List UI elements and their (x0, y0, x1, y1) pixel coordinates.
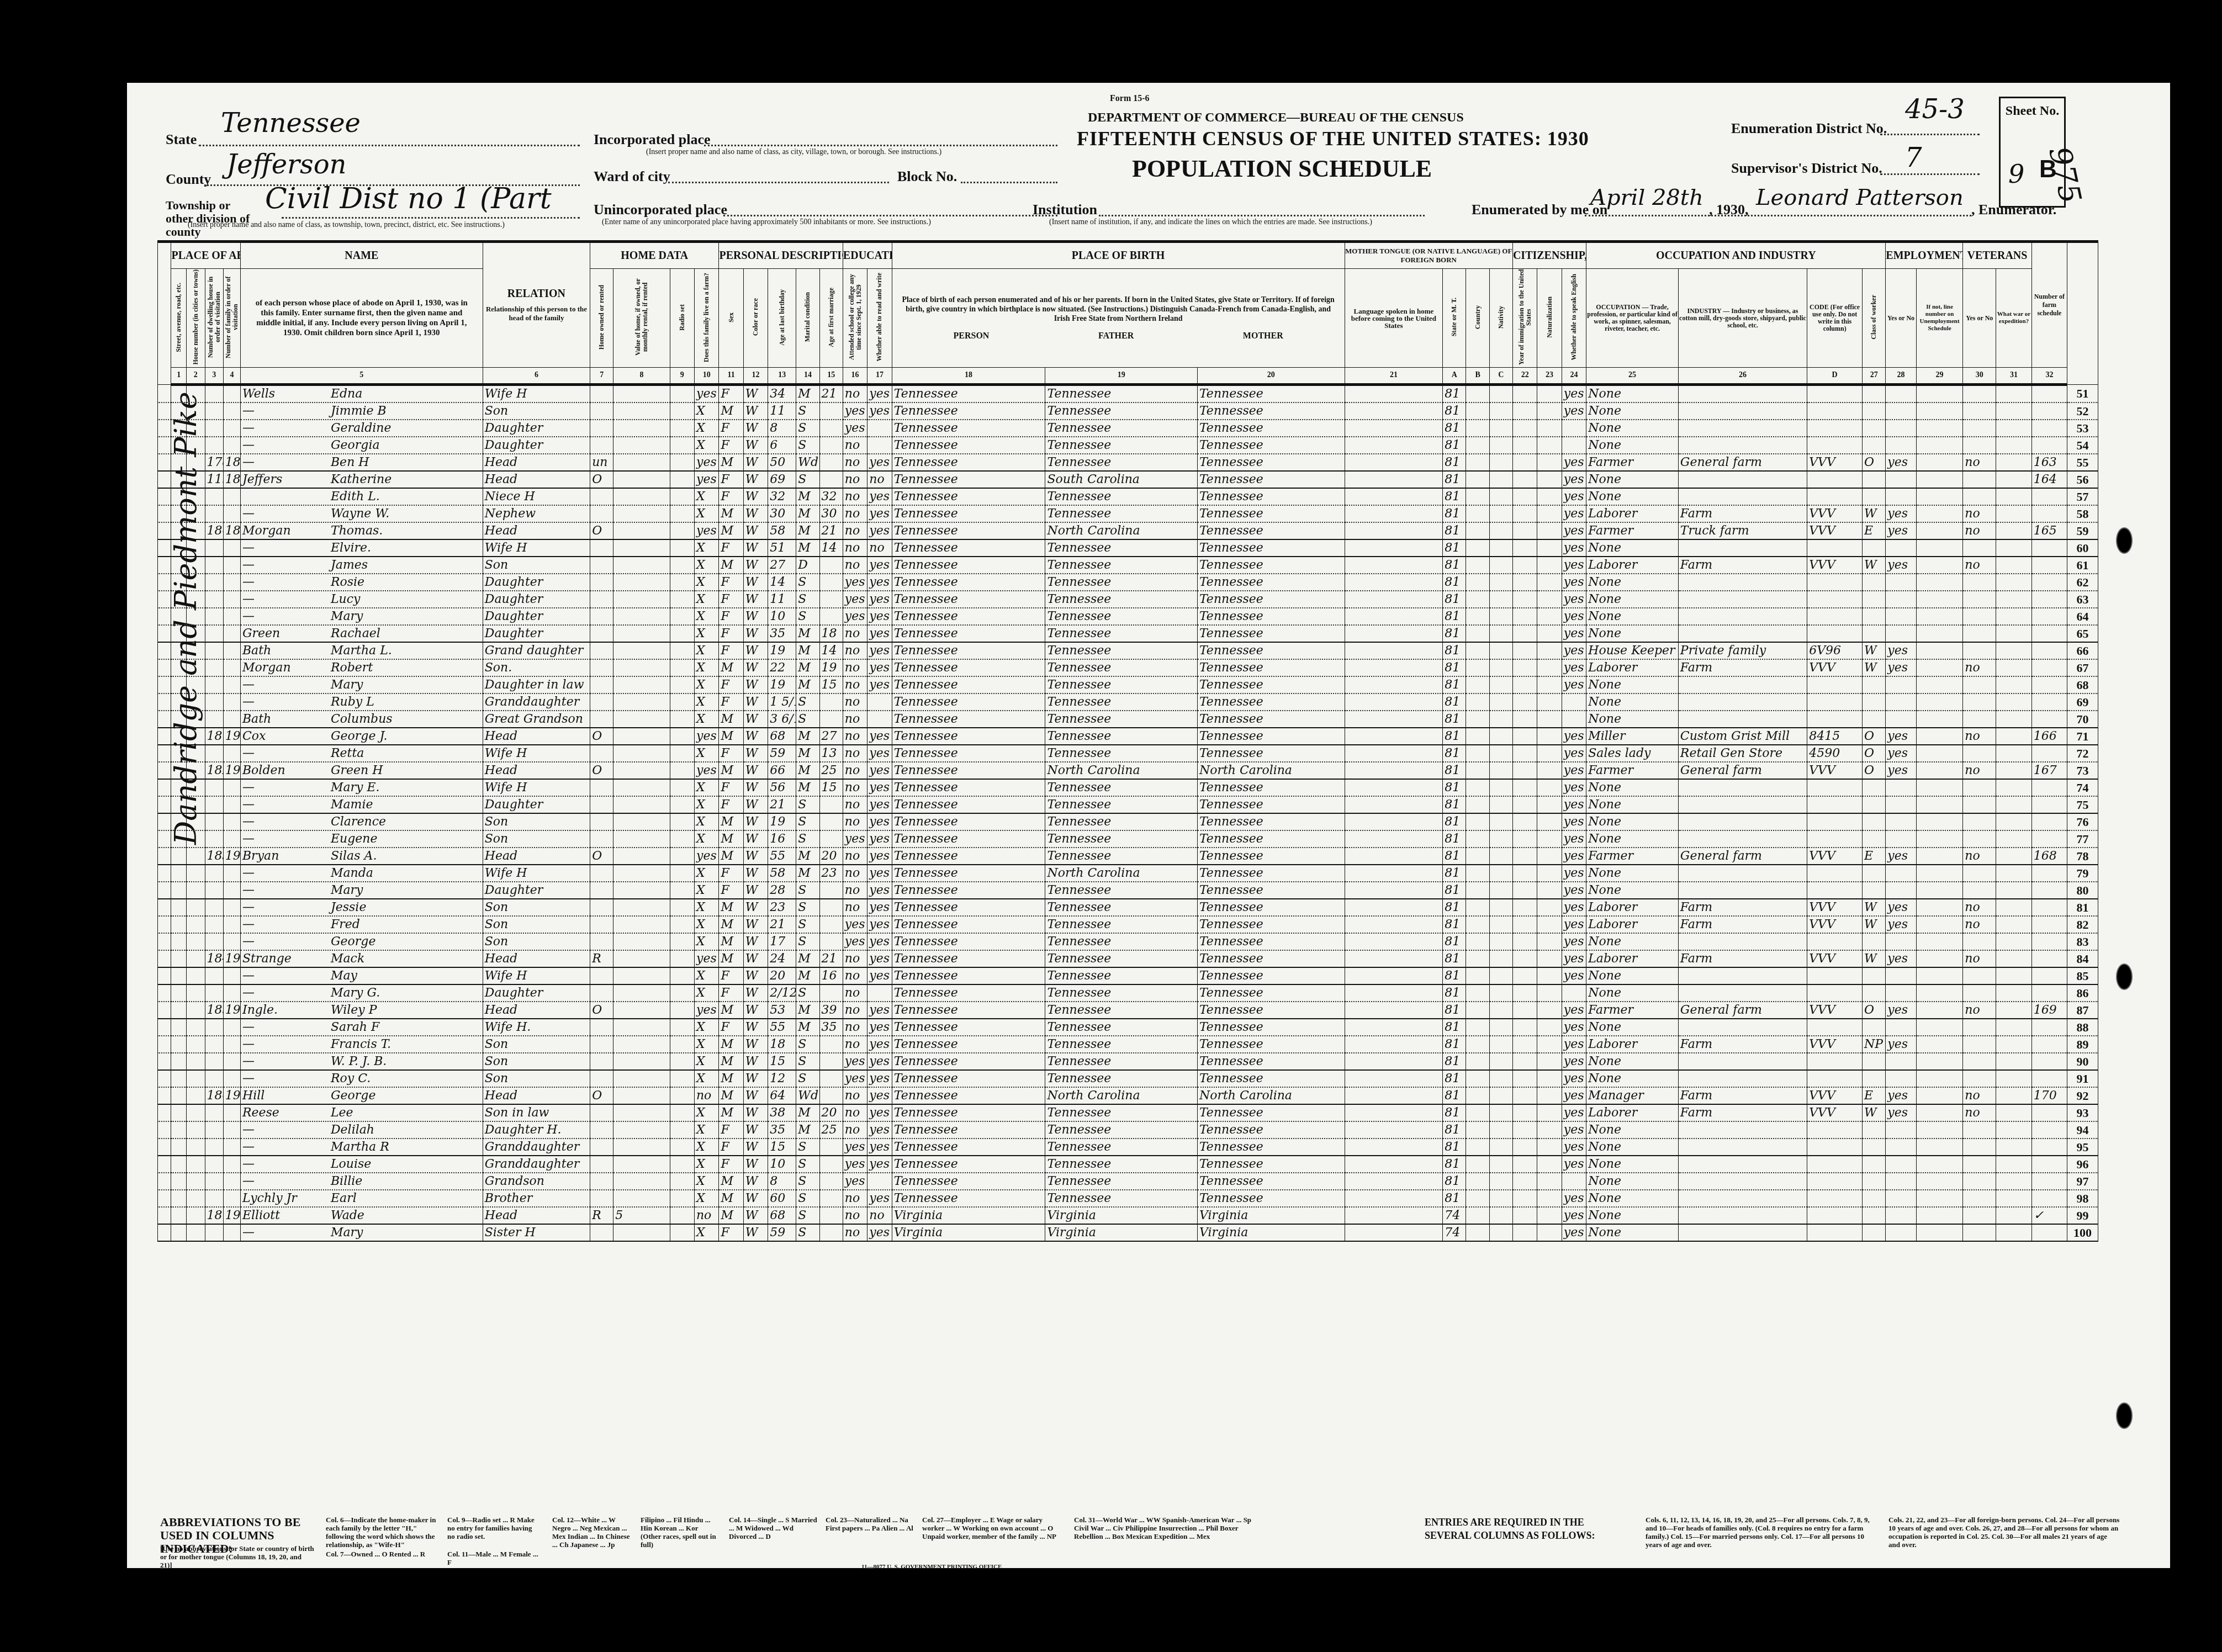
code-a-cell: 81 (1443, 625, 1466, 642)
age-marriage-cell: 21 (819, 950, 843, 967)
given-name: James (331, 558, 368, 572)
street-cell (171, 796, 187, 813)
name-cell: —Jimmie B (240, 403, 483, 420)
surname: — (242, 1037, 331, 1052)
language-cell (1345, 865, 1443, 882)
war-cell (1996, 950, 2031, 967)
war-cell (1996, 539, 2031, 557)
unemployment-cell (1916, 796, 1962, 813)
farm-schedule-cell (2031, 539, 2067, 557)
table-row: 178183—Ben HHeadunyesMW50WdnoyesTennesse… (158, 454, 2098, 471)
group-education: EDUCATION (843, 242, 892, 269)
age-cell: 10 (768, 1156, 796, 1173)
father-head: FATHER (1098, 331, 1134, 341)
name-cell: —Roy C. (240, 1070, 483, 1087)
code-b-cell (1466, 779, 1489, 796)
column-number: C (1489, 368, 1512, 385)
english-cell: yes (1562, 659, 1586, 676)
birth-father-cell: Tennessee (1045, 950, 1197, 967)
school-cell: no (843, 471, 867, 488)
school-cell: no (843, 642, 867, 659)
row-margin (158, 711, 171, 728)
sex-cell: M (719, 830, 743, 848)
owned-cell (590, 608, 613, 625)
dwelling-cell (205, 984, 223, 1002)
age-marriage-cell (819, 984, 843, 1002)
value-cell (613, 385, 670, 403)
occupation-cell: Manager (1586, 1087, 1679, 1104)
street-cell (171, 608, 187, 625)
sex-cell: M (719, 1173, 743, 1190)
table-row: —Ruby LGranddaughterXFW1 5/12SnoTennesse… (158, 693, 2098, 711)
code-d-cell: VVV (1807, 505, 1863, 522)
owned-cell (590, 933, 613, 950)
farm-cell: X (694, 539, 718, 557)
at-work-cell: yes (1886, 848, 1917, 865)
code-a-cell: 81 (1443, 1053, 1466, 1070)
school-cell: no (843, 385, 867, 403)
given-name: Martha L. (331, 644, 392, 658)
code-d-cell (1807, 933, 1863, 950)
street-cell (171, 950, 187, 967)
census-rows: WellsEdnaWife HyesFW34M21noyesTennesseeT… (158, 385, 2098, 1242)
dwelling-cell: 184 (205, 950, 223, 967)
unemployment-cell (1916, 454, 1962, 471)
veteran-cell: no (1963, 950, 1996, 967)
owned-cell (590, 1104, 613, 1121)
age-cell: 58 (768, 522, 796, 539)
line-number-header (2067, 242, 2098, 385)
block-label: Block No. (897, 168, 957, 185)
farm-schedule-cell (2031, 557, 2067, 574)
farm-cell: no (694, 1207, 718, 1224)
col14-note: Col. 14—Single ... S Married ... M Widow… (729, 1516, 817, 1540)
line-number: 64 (2067, 608, 2098, 625)
name-cell: BoldenGreen H (240, 762, 483, 779)
farm-schedule-cell (2031, 591, 2067, 608)
code-c-cell (1489, 642, 1512, 659)
occupation-cell: Farmer (1586, 522, 1679, 539)
naturalization-cell (1537, 591, 1562, 608)
farm-schedule-cell (2031, 574, 2067, 591)
race-cell: W (743, 557, 768, 574)
line-number: 62 (2067, 574, 2098, 591)
farm-cell: X (694, 488, 718, 505)
read-cell: yes (867, 882, 892, 899)
marital-cell: M (796, 728, 819, 745)
age-cell: 16 (768, 830, 796, 848)
school-cell: no (843, 728, 867, 745)
code-c-cell (1489, 1139, 1512, 1156)
given-name: Mary E. (331, 781, 380, 795)
sheet-label: Sheet No. (2001, 104, 2064, 119)
family-cell (223, 539, 240, 557)
code-d-cell: VVV (1807, 950, 1863, 967)
school-cell: no (843, 813, 867, 830)
code-d-cell (1807, 385, 1863, 403)
surname: Morgan (242, 523, 331, 539)
column-number: 25 (1586, 368, 1679, 385)
code-b-cell (1466, 659, 1489, 676)
school-cell: no (843, 693, 867, 711)
race-cell: W (743, 762, 768, 779)
farm-cell: yes (694, 385, 718, 403)
code-a-cell: 81 (1443, 591, 1466, 608)
department-title: DEPARTMENT OF COMMERCE—BUREAU OF THE CEN… (1088, 110, 1464, 125)
war-cell (1996, 659, 2031, 676)
line-number: 76 (2067, 813, 2098, 830)
radio-cell (670, 796, 694, 813)
street-cell (171, 1207, 187, 1224)
immigration-cell (1512, 659, 1537, 676)
naturalization-cell (1537, 1002, 1562, 1019)
col-code-a: State or M. T. (1443, 269, 1466, 368)
code-c-cell (1489, 848, 1512, 865)
surname: Bolden (242, 763, 331, 779)
birth-person-cell: Tennessee (892, 1104, 1045, 1121)
farm-cell: X (694, 437, 718, 454)
class-worker-cell (1863, 574, 1886, 591)
street-cell (171, 1087, 187, 1104)
street-cell (171, 984, 187, 1002)
street-cell (171, 916, 187, 933)
family-cell (223, 420, 240, 437)
farm-cell: X (694, 1139, 718, 1156)
farm-schedule-cell (2031, 916, 2067, 933)
street-cell (171, 1019, 187, 1036)
table-row: 180189MorganThomas.HeadOyesMW58M21noyesT… (158, 522, 2098, 539)
industry-cell (1678, 813, 1807, 830)
ed-value: 45-3 (1905, 94, 1965, 125)
code-a-cell: 81 (1443, 745, 1466, 762)
veteran-cell (1963, 693, 1996, 711)
street-cell (171, 505, 187, 522)
col6-note: Col. 6—Indicate the home-maker in each f… (326, 1516, 436, 1549)
name-cell: ElliottWade (240, 1207, 483, 1224)
birth-father-cell: Tennessee (1045, 1156, 1197, 1173)
birth-person-cell: Tennessee (892, 385, 1045, 403)
birth-father-cell: Tennessee (1045, 899, 1197, 916)
school-cell: yes (843, 933, 867, 950)
school-cell: yes (843, 591, 867, 608)
dwelling-cell (205, 967, 223, 984)
code-c-cell (1489, 779, 1512, 796)
code-d-cell (1807, 779, 1863, 796)
farm-cell: yes (694, 471, 718, 488)
radio-cell (670, 437, 694, 454)
farm-cell: X (694, 574, 718, 591)
radio-cell (670, 557, 694, 574)
birth-mother-cell: Tennessee (1197, 1019, 1345, 1036)
age-cell: 8 (768, 1173, 796, 1190)
birth-mother-cell: Tennessee (1197, 1156, 1345, 1173)
column-number: 8 (613, 368, 670, 385)
relation-cell: Granddaughter (483, 1156, 590, 1173)
unemployment-cell (1916, 916, 1962, 933)
code-b-cell (1466, 625, 1489, 642)
line-number: 81 (2067, 899, 2098, 916)
marital-cell: S (796, 608, 819, 625)
naturalization-cell (1537, 779, 1562, 796)
owned-cell (590, 625, 613, 642)
occupation-cell: None (1586, 1070, 1679, 1087)
group-abode: PLACE OF ABODE (171, 242, 241, 269)
code-d-cell (1807, 967, 1863, 984)
value-cell (613, 762, 670, 779)
farm-cell: X (694, 591, 718, 608)
ward-label: Ward of city (594, 168, 670, 185)
at-work-cell (1886, 1224, 1917, 1241)
owned-cell (590, 437, 613, 454)
unemployment-cell (1916, 711, 1962, 728)
given-name: Columbus (331, 712, 393, 726)
age-cell: 15 (768, 1139, 796, 1156)
given-name: George J. (331, 729, 388, 743)
given-name: Wiley P (331, 1003, 377, 1017)
code-c-cell (1489, 882, 1512, 899)
birth-mother-cell: Tennessee (1197, 454, 1345, 471)
value-cell (613, 813, 670, 830)
farm-schedule-cell (2031, 1190, 2067, 1207)
relation-cell: Daughter (483, 984, 590, 1002)
english-cell: yes (1562, 385, 1586, 403)
immigration-cell (1512, 676, 1537, 693)
language-cell (1345, 745, 1443, 762)
birth-father-cell: Tennessee (1045, 557, 1197, 574)
relation-cell: Granddaughter (483, 1139, 590, 1156)
birth-father-cell: Tennessee (1045, 420, 1197, 437)
birth-mother-cell: Tennessee (1197, 796, 1345, 813)
at-work-cell (1886, 574, 1917, 591)
language-cell (1345, 728, 1443, 745)
table-row: —Mary G.DaughterXFW2/12SnoTennesseeTenne… (158, 984, 2098, 1002)
marital-cell: M (796, 659, 819, 676)
race-cell: W (743, 830, 768, 848)
code-a-cell: 81 (1443, 437, 1466, 454)
school-cell: no (843, 762, 867, 779)
column-number: 5 (240, 368, 483, 385)
given-name: Mary (331, 610, 363, 623)
line-number: 51 (2067, 385, 2098, 403)
age-cell: 51 (768, 539, 796, 557)
line-number: 59 (2067, 522, 2098, 539)
enumerator-name: Leonard Patterson (1756, 185, 1964, 210)
house-cell (187, 505, 205, 522)
dwelling-cell (205, 882, 223, 899)
code-b-cell (1466, 950, 1489, 967)
col-race: Color or race (743, 269, 768, 368)
race-cell: W (743, 813, 768, 830)
value-cell (613, 676, 670, 693)
at-work-cell (1886, 591, 1917, 608)
value-cell (613, 522, 670, 539)
relation-cell: Head (483, 762, 590, 779)
radio-cell (670, 745, 694, 762)
industry-cell (1678, 1224, 1807, 1241)
at-work-cell: yes (1886, 745, 1917, 762)
war-cell (1996, 916, 2031, 933)
line-number: 97 (2067, 1173, 2098, 1190)
birth-person-cell: Tennessee (892, 813, 1045, 830)
given-name: Mary (331, 1226, 363, 1240)
code-c-cell (1489, 830, 1512, 848)
row-margin (158, 693, 171, 711)
column-number: 29 (1916, 368, 1962, 385)
column-number: 24 (1562, 368, 1586, 385)
farm-cell: X (694, 711, 718, 728)
veteran-cell: no (1963, 557, 1996, 574)
house-cell (187, 916, 205, 933)
family-cell (223, 984, 240, 1002)
age-marriage-cell (819, 1207, 843, 1224)
immigration-cell (1512, 591, 1537, 608)
radio-cell (670, 1053, 694, 1070)
street-cell (171, 1036, 187, 1053)
school-cell: no (843, 1190, 867, 1207)
class-worker-cell (1863, 676, 1886, 693)
value-cell (613, 1173, 670, 1190)
class-worker-cell: O (1863, 1002, 1886, 1019)
code-c-cell (1489, 1036, 1512, 1053)
race-cell: W (743, 1104, 768, 1121)
farm-cell: X (694, 1121, 718, 1139)
class-worker-cell (1863, 591, 1886, 608)
family-cell (223, 1104, 240, 1121)
occupation-cell: Miller (1586, 728, 1679, 745)
occupation-cell: None (1586, 830, 1679, 848)
birth-person-cell: Tennessee (892, 471, 1045, 488)
street-cell (171, 865, 187, 882)
relation-cell: Head (483, 471, 590, 488)
code-d-cell: 8415 (1807, 728, 1863, 745)
radio-cell (670, 522, 694, 539)
veteran-cell (1963, 933, 1996, 950)
value-cell (613, 1019, 670, 1036)
race-cell: W (743, 642, 768, 659)
marital-cell: M (796, 1121, 819, 1139)
sex-cell: F (719, 625, 743, 642)
line-number: 93 (2067, 1104, 2098, 1121)
name-cell: CoxGeorge J. (240, 728, 483, 745)
code-b-cell (1466, 522, 1489, 539)
at-work-cell (1886, 488, 1917, 505)
value-cell (613, 865, 670, 882)
code-d-cell (1807, 1019, 1863, 1036)
row-margin (158, 608, 171, 625)
war-cell (1996, 1207, 2031, 1224)
occupation-cell: None (1586, 539, 1679, 557)
race-cell: W (743, 984, 768, 1002)
farm-schedule-cell (2031, 437, 2067, 454)
birth-mother-cell: Tennessee (1197, 848, 1345, 865)
war-cell (1996, 693, 2031, 711)
line-number: 95 (2067, 1139, 2098, 1156)
owned-cell: O (590, 471, 613, 488)
code-b-cell (1466, 608, 1489, 625)
line-number: 69 (2067, 693, 2098, 711)
at-work-cell (1886, 437, 1917, 454)
street-cell (171, 1139, 187, 1156)
farm-schedule-cell (2031, 488, 2067, 505)
owned-cell (590, 916, 613, 933)
birth-mother-cell: Tennessee (1197, 711, 1345, 728)
table-row: —ClarenceSonXMW19SnoyesTennesseeTennesse… (158, 813, 2098, 830)
code-a-cell: 81 (1443, 608, 1466, 625)
radio-cell (670, 711, 694, 728)
row-margin (158, 967, 171, 984)
birth-mother-cell: Tennessee (1197, 779, 1345, 796)
unemployment-cell (1916, 1121, 1962, 1139)
unemployment-cell (1916, 437, 1962, 454)
table-row: BathMartha L.Grand daughterXFW19M14noyes… (158, 642, 2098, 659)
farm-cell: X (694, 916, 718, 933)
surname: Green (242, 626, 331, 642)
house-cell (187, 967, 205, 984)
row-margin (158, 505, 171, 522)
class-worker-cell: E (1863, 1087, 1886, 1104)
col-age-marriage: Age at first marriage (819, 269, 843, 368)
farm-schedule-cell (2031, 1036, 2067, 1053)
industry-cell (1678, 676, 1807, 693)
row-margin (158, 1019, 171, 1036)
language-cell (1345, 882, 1443, 899)
surname: — (242, 934, 331, 950)
class-worker-cell (1863, 1139, 1886, 1156)
ward-line (668, 182, 889, 183)
relation-cell: Son (483, 1036, 590, 1053)
unemployment-cell (1916, 505, 1962, 522)
naturalization-cell (1537, 608, 1562, 625)
birth-person-cell: Tennessee (892, 437, 1045, 454)
read-cell: yes (867, 830, 892, 848)
row-margin (158, 574, 171, 591)
table-row: —RosieDaughterXFW14SyesyesTennesseeTenne… (158, 574, 2098, 591)
code-a-cell: 81 (1443, 933, 1466, 950)
veteran-cell (1963, 676, 1996, 693)
immigration-cell (1512, 574, 1537, 591)
school-cell: no (843, 1207, 867, 1224)
industry-cell (1678, 591, 1807, 608)
surname: Reese (242, 1105, 331, 1121)
code-b-cell (1466, 1173, 1489, 1190)
occupation-cell: Laborer (1586, 505, 1679, 522)
house-cell (187, 1087, 205, 1104)
age-marriage-cell: 18 (819, 625, 843, 642)
code-a-cell: 81 (1443, 848, 1466, 865)
war-cell (1996, 1190, 2031, 1207)
code-b-cell (1466, 882, 1489, 899)
code-a-cell: 81 (1443, 728, 1466, 745)
given-name: Green H (331, 764, 383, 777)
code-c-cell (1489, 1173, 1512, 1190)
code-d-cell (1807, 1121, 1863, 1139)
table-row: 187196ElliottWadeHeadR5noMW68SnonoVirgin… (158, 1207, 2098, 1224)
form-number: Form 15-6 (1110, 94, 1150, 104)
immigration-cell (1512, 916, 1537, 933)
code-a-cell: 81 (1443, 967, 1466, 984)
line-number: 83 (2067, 933, 2098, 950)
unemployment-cell (1916, 1190, 1962, 1207)
street-cell (171, 848, 187, 865)
age-cell: 21 (768, 916, 796, 933)
english-cell: yes (1562, 1002, 1586, 1019)
code-d-cell (1807, 574, 1863, 591)
code-a-cell: 81 (1443, 813, 1466, 830)
column-number: 10 (694, 368, 718, 385)
relation-cell: Sister H (483, 1224, 590, 1241)
english-cell: yes (1562, 505, 1586, 522)
naturalization-cell (1537, 1070, 1562, 1087)
